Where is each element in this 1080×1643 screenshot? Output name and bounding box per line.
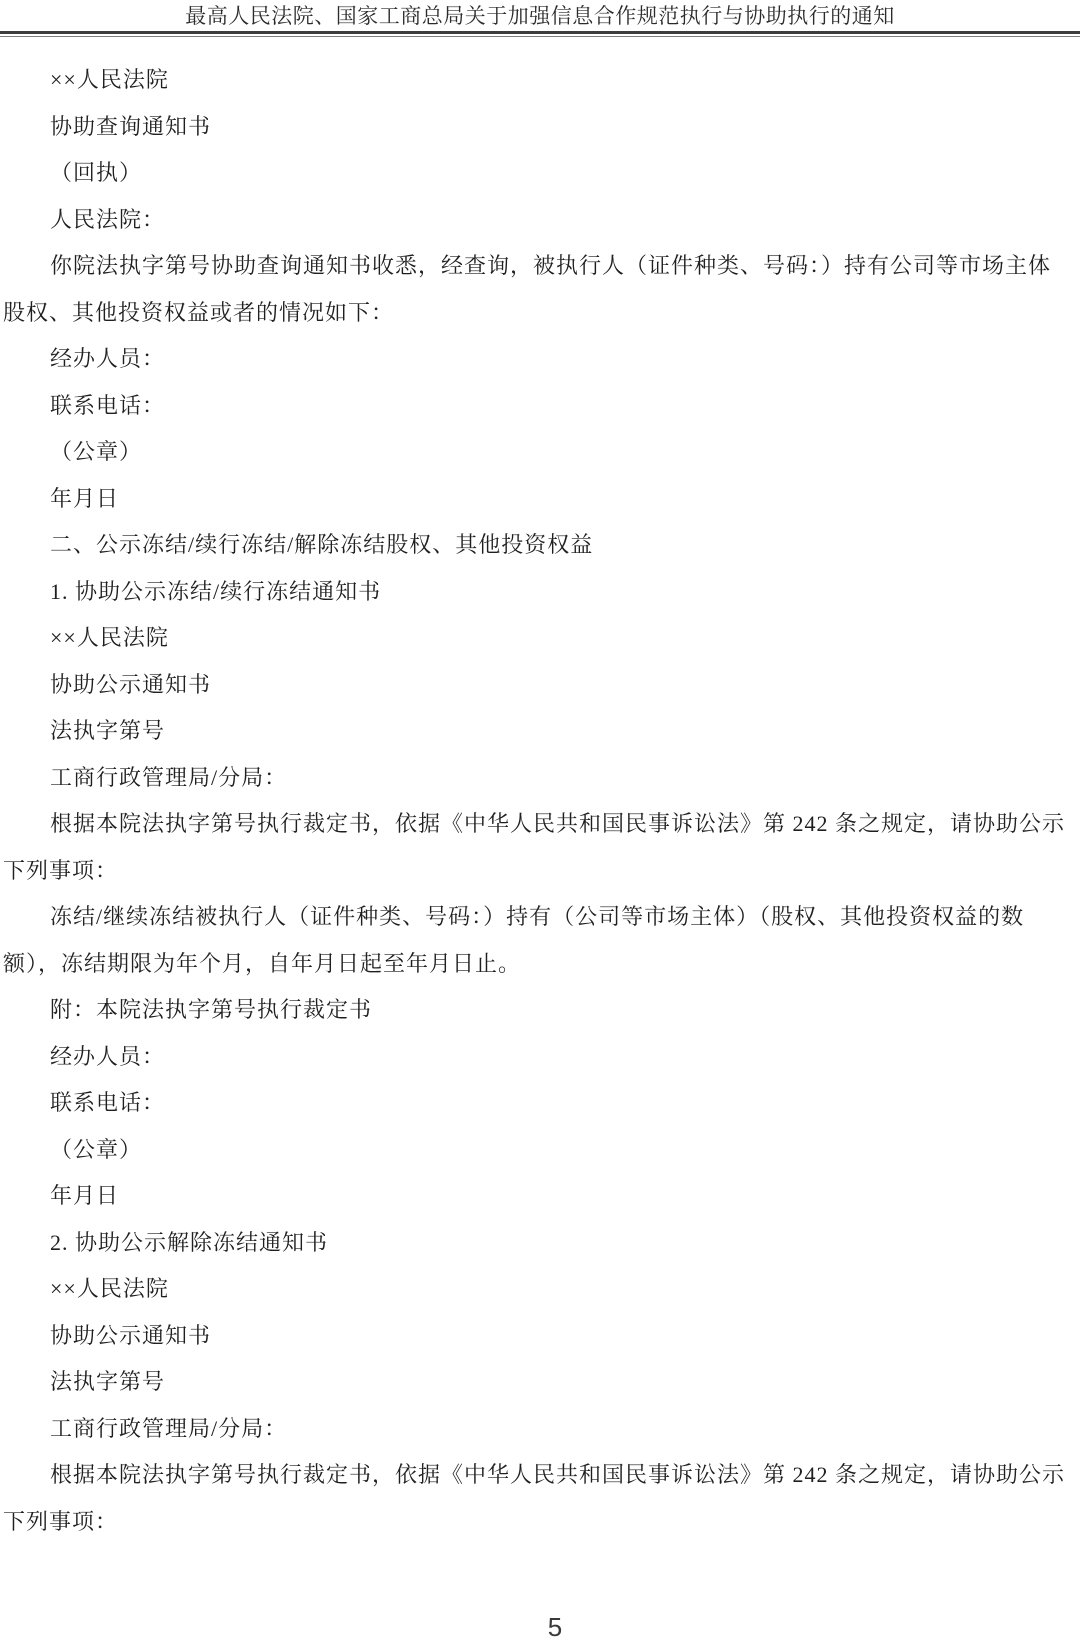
page-footer: 5: [0, 1612, 1080, 1642]
header-divider: [0, 31, 1080, 37]
doc-line: 协助公示通知书: [0, 662, 1080, 709]
doc-line: 协助公示通知书: [0, 1313, 1080, 1360]
doc-line: ××人民法院: [0, 615, 1080, 662]
doc-line: 年月日: [0, 1173, 1080, 1220]
doc-line: 下列事项：: [0, 848, 1080, 895]
doc-line: （公章）: [0, 1127, 1080, 1174]
header-title: 最高人民法院、国家工商总局关于加强信息合作规范执行与协助执行的通知: [0, 0, 1080, 29]
doc-line: 你院法执字第号协助查询通知书收悉，经查询，被执行人（证件种类、号码：）持有公司等…: [0, 243, 1080, 290]
doc-line: 法执字第号: [0, 1359, 1080, 1406]
doc-line: 根据本院法执字第号执行裁定书，依据《中华人民共和国民事诉讼法》第 242 条之规…: [0, 1452, 1080, 1499]
document-body: ××人民法院 协助查询通知书 （回执） 人民法院： 你院法执字第号协助查询通知书…: [0, 57, 1080, 1545]
doc-line: 协助查询通知书: [0, 104, 1080, 151]
doc-line: 联系电话：: [0, 383, 1080, 430]
doc-line: ××人民法院: [0, 57, 1080, 104]
doc-line: 年月日: [0, 476, 1080, 523]
doc-line: 下列事项：: [0, 1499, 1080, 1546]
doc-line: 二、公示冻结/续行冻结/解除冻结股权、其他投资权益: [0, 522, 1080, 569]
doc-line: 法执字第号: [0, 708, 1080, 755]
doc-line: 额），冻结期限为年个月，自年月日起至年月日止。: [0, 941, 1080, 988]
doc-line: 根据本院法执字第号执行裁定书，依据《中华人民共和国民事诉讼法》第 242 条之规…: [0, 801, 1080, 848]
page-header: 最高人民法院、国家工商总局关于加强信息合作规范执行与协助执行的通知: [0, 0, 1080, 37]
doc-line: （公章）: [0, 429, 1080, 476]
divider-thick-line: [0, 31, 1080, 34]
doc-line: 工商行政管理局/分局：: [0, 1406, 1080, 1453]
doc-line: （回执）: [0, 150, 1080, 197]
doc-line: ××人民法院: [0, 1266, 1080, 1313]
doc-line: 联系电话：: [0, 1080, 1080, 1127]
doc-line: 工商行政管理局/分局：: [0, 755, 1080, 802]
doc-line: 附：本院法执字第号执行裁定书: [0, 987, 1080, 1034]
doc-line: 经办人员：: [0, 1034, 1080, 1081]
page-number: 5: [548, 1612, 562, 1642]
document-page: 最高人民法院、国家工商总局关于加强信息合作规范执行与协助执行的通知 ××人民法院…: [0, 0, 1080, 1643]
doc-line: 人民法院：: [0, 197, 1080, 244]
divider-thin-line: [0, 36, 1080, 37]
doc-line: 经办人员：: [0, 336, 1080, 383]
doc-line: 冻结/继续冻结被执行人（证件种类、号码：）持有（公司等市场主体）（股权、其他投资…: [0, 894, 1080, 941]
doc-line: 股权、其他投资权益或者的情况如下：: [0, 290, 1080, 337]
doc-line: 1. 协助公示冻结/续行冻结通知书: [0, 569, 1080, 616]
doc-line: 2. 协助公示解除冻结通知书: [0, 1220, 1080, 1267]
